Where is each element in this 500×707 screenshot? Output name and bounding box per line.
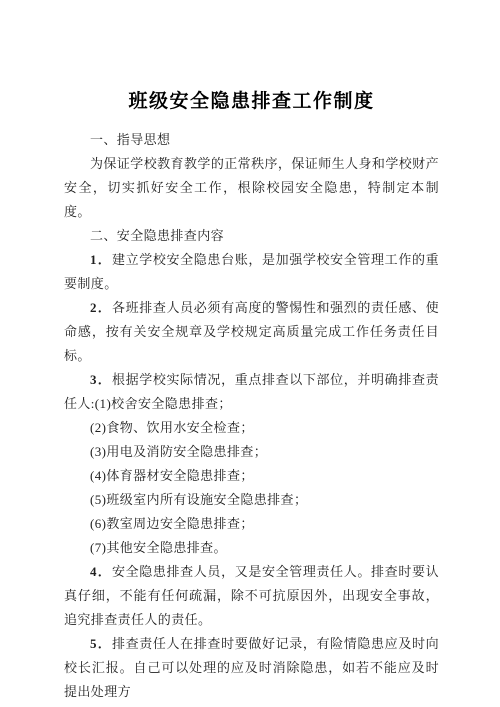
paragraph: (6)教室周边安全隐患排查； [64,512,439,536]
paragraph-number: 3． [90,372,112,387]
paragraph: (4)体育器材安全隐患排查； [64,464,439,488]
paragraph: (5)班级室内所有设施安全隐患排查； [64,488,439,512]
paragraph: (3)用电及消防安全隐患排查； [64,440,439,464]
paragraph: 2．各班排查人员必须有高度的警惕性和强烈的责任感、使命感，按有关安全规章及学校规… [64,296,439,368]
document-title: 班级安全隐患排查工作制度 [64,88,439,116]
paragraph: (2)食物、饮用水安全检查； [64,416,439,440]
document-body: 一、指导思想为保证学校教育教学的正常秩序，保证师生人身和学校财产安全，切实抓好安… [64,128,439,704]
paragraph: 一、指导思想 [64,128,439,152]
paragraph: 5．排查责任人在排查时要做好记录，有险情隐患应及时向校长汇报。自己可以处理的应及… [64,632,439,704]
paragraph: 4．安全隐患排查人员，又是安全管理责任人。排查时要认真仔细，不能有任何疏漏，除不… [64,560,439,632]
paragraph: 3．根据学校实际情况，重点排查以下部位，并明确排查责任人:(1)校舍安全隐患排查… [64,368,439,416]
paragraph: (7)其他安全隐患排查。 [64,536,439,560]
paragraph-number: 2． [90,300,112,315]
paragraph: 二、安全隐患排查内容 [64,224,439,248]
paragraph-number: 1． [90,252,112,267]
paragraph-number: 4． [90,564,112,579]
paragraph: 为保证学校教育教学的正常秩序，保证师生人身和学校财产安全，切实抓好安全工作，根除… [64,152,439,224]
paragraph: 1．建立学校安全隐患台账，是加强学校安全管理工作的重要制度。 [64,248,439,296]
document-page: 班级安全隐患排查工作制度 一、指导思想为保证学校教育教学的正常秩序，保证师生人身… [0,0,500,707]
paragraph-number: 5． [90,636,112,651]
